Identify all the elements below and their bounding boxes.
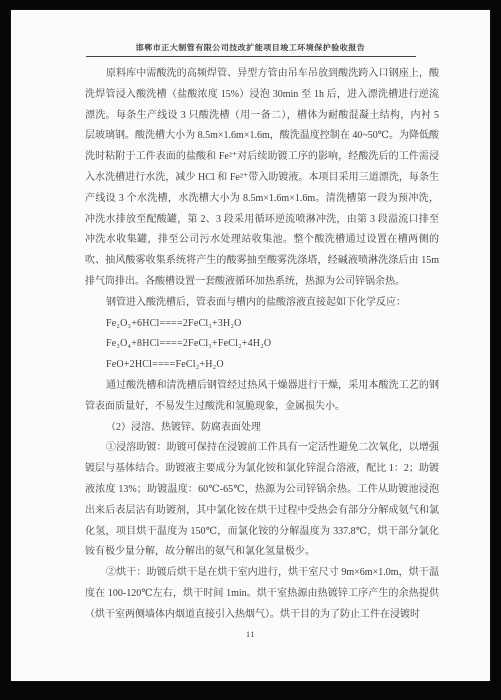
document-page: 邯郸市正大制管有限公司技改扩能项目竣工环境保护验收报告 原料库中需酸洗的高频焊管… <box>11 10 490 681</box>
chemical-formula-1: Fe₂O₃+6HCl====2FeCl₃+3H₂O <box>85 314 439 335</box>
chemical-formula-3: FeO+2HCl====FeCl₂+H₂O <box>85 355 439 376</box>
page-number: 11 <box>11 629 490 639</box>
paragraph-drying-room: ②烘干：助镀后烘干是在烘干室内进行，烘干室尺寸 9m×6m×1.0m，烘干温度在… <box>85 563 439 625</box>
paragraph-flux-dipping: ①浸溶助镀：助镀可保持在浸镀前工件具有一定活性避免二次氧化，以增强镀层与基体结合… <box>85 438 439 563</box>
paragraph-reaction-intro: 钢管进入酸洗槽后，管表面与槽内的盐酸溶液直接起如下化学反应： <box>85 293 439 314</box>
page-header-title: 邯郸市正大制管有限公司技改扩能项目竣工环境保护验收报告 <box>11 43 490 53</box>
chemical-formula-2: Fe₃O₄+8HCl====2FeCl₃+FeCl₂+4H₂O <box>85 334 439 355</box>
paragraph-drying-note: 通过酸洗槽和清洗槽后钢管经过热风干燥器进行干燥，采用本酸洗工艺的钢管表面质量好，… <box>85 376 439 418</box>
document-body: 原料库中需酸洗的高频焊管、异型方管由吊车吊放到酸洗跨入口钢座上，酸洗焊管浸入酸洗… <box>85 64 439 626</box>
paragraph-acid-wash: 原料库中需酸洗的高频焊管、异型方管由吊车吊放到酸洗跨入口钢座上，酸洗焊管浸入酸洗… <box>85 64 439 293</box>
section-heading-surface-treatment: （2）浸溶、热镀锌、防腐表面处理 <box>85 418 439 439</box>
header-rule <box>86 56 416 57</box>
screenshot-stage: 邯郸市正大制管有限公司技改扩能项目竣工环境保护验收报告 原料库中需酸洗的高频焊管… <box>0 0 501 700</box>
